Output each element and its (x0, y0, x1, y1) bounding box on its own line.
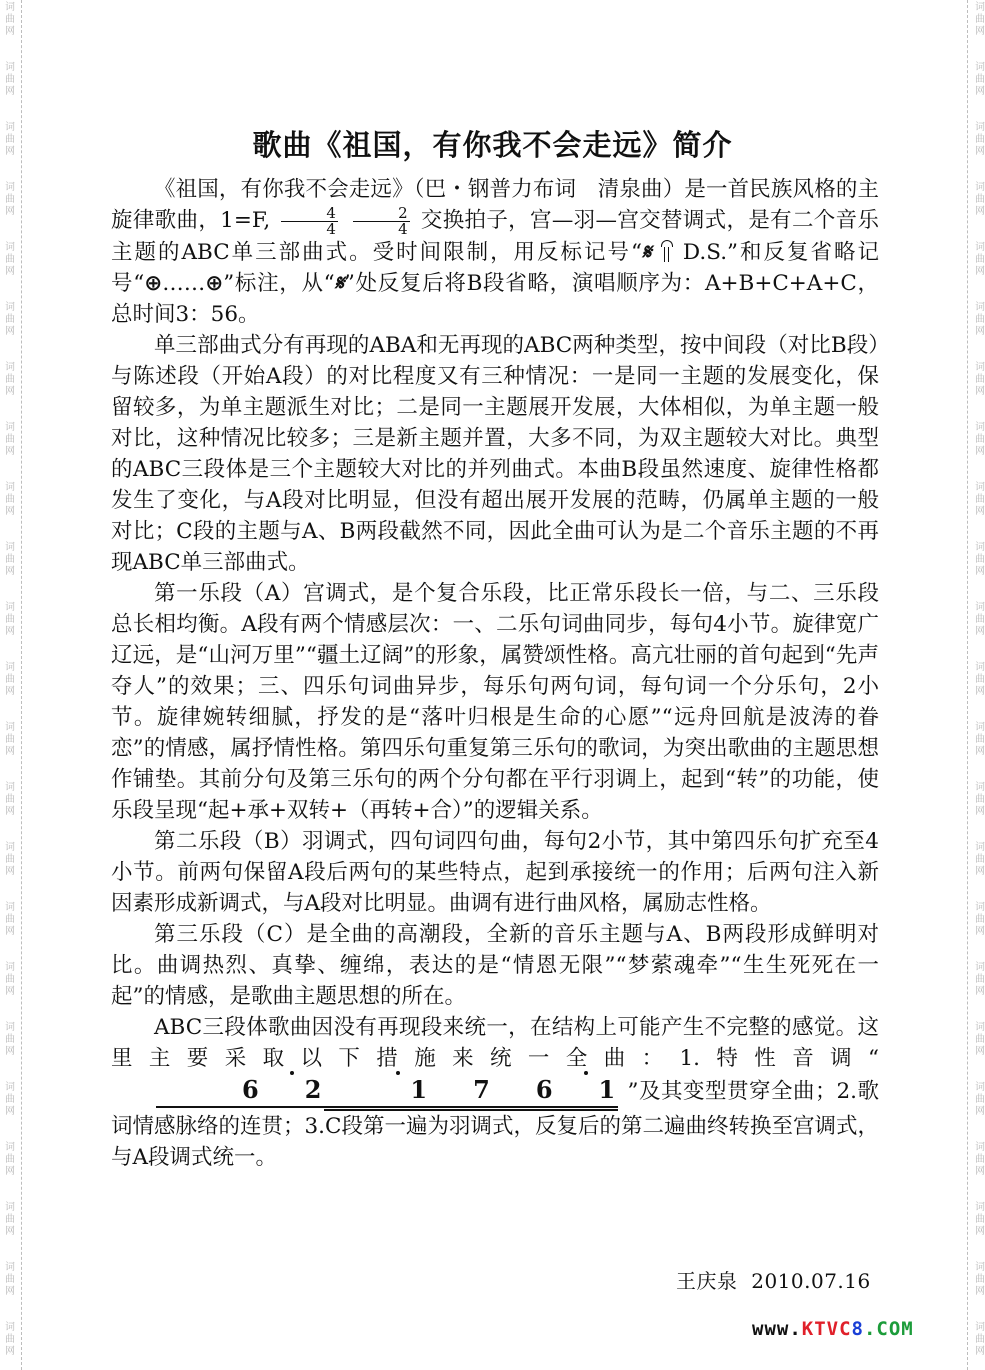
watermark-char: 网 (3, 326, 17, 338)
watermark-char: 网 (973, 206, 985, 218)
watermark-char: 网 (973, 686, 985, 698)
watermark-char: 曲 (3, 1094, 17, 1106)
watermark-char: 曲 (973, 854, 985, 866)
watermark-char: 曲 (3, 1214, 17, 1226)
watermark-char: 网 (973, 1346, 985, 1358)
watermark-char: 曲 (973, 374, 985, 386)
right-watermark-rail: 词曲网词曲网词曲网词曲网词曲网词曲网词曲网词曲网词曲网词曲网词曲网词曲网词曲网词… (961, 0, 985, 1370)
right-dashed-line (967, 0, 968, 1370)
signature-date: 2010.07.16 (751, 1269, 871, 1293)
watermark-char: 网 (3, 386, 17, 398)
watermark-char: 网 (973, 1046, 985, 1058)
watermark-char: 曲 (973, 974, 985, 986)
watermark-stack: 词曲网 (973, 362, 985, 398)
watermark-stack: 词曲网 (973, 722, 985, 758)
watermark-char: 网 (973, 446, 985, 458)
watermark-stack: 词曲网 (973, 782, 985, 818)
time-sig-denominator: 4 (281, 222, 338, 237)
watermark-char: 网 (3, 626, 17, 638)
watermark-stack: 词曲网 (973, 902, 985, 938)
paragraph-section-a: 第一乐段（A）宫调式，是个复合乐段，比正常乐段长一倍，与二、三乐段总长相均衡。A… (111, 578, 879, 826)
watermark-stack: 词曲网 (973, 302, 985, 338)
signature: 王庆泉 2010.07.16 (676, 1265, 871, 1294)
watermark-char: 词 (3, 1022, 17, 1034)
watermark-char: 词 (3, 542, 17, 554)
watermark-char: 词 (3, 962, 17, 974)
watermark-char: 网 (3, 206, 17, 218)
watermark-stack: 词曲网 (3, 902, 17, 938)
watermark-char: 网 (973, 986, 985, 998)
watermark-stack: 词曲网 (3, 242, 17, 278)
watermark-stack: 词曲网 (973, 1322, 985, 1358)
watermark-stack: 词曲网 (3, 1262, 17, 1298)
watermark-char: 网 (3, 266, 17, 278)
jianpu-note: 6 (493, 1074, 556, 1105)
watermark-stack: 词曲网 (973, 182, 985, 218)
logo-www: www. (752, 1318, 802, 1340)
watermark-char: 词 (973, 1142, 985, 1154)
watermark-char: 词 (973, 482, 985, 494)
watermark-char: 词 (973, 302, 985, 314)
coda-icon: ⊕ (144, 271, 162, 296)
paragraph-unification: ABC三段体歌曲因没有再现段来统一，在结构上可能产生不完整的感觉。这里主要采取以… (111, 1012, 879, 1173)
watermark-char: 词 (973, 362, 985, 374)
segno-icon: 𝄋 (335, 271, 344, 296)
watermark-char: 曲 (973, 1094, 985, 1106)
watermark-char: 曲 (973, 674, 985, 686)
watermark-stack: 词曲网 (3, 662, 17, 698)
watermark-char: 网 (973, 326, 985, 338)
jianpu-note: 7 (430, 1074, 493, 1105)
paragraph-section-c: 第三乐段（C）是全曲的高潮段，全新的音乐主题与A、B两段形成鲜明对比。曲调热烈、… (111, 919, 879, 1012)
watermark-char: 词 (3, 1202, 17, 1214)
watermark-char: 曲 (973, 74, 985, 86)
watermark-char: 词 (973, 2, 985, 14)
watermark-char: 网 (3, 1166, 17, 1178)
watermark-char: 曲 (973, 1034, 985, 1046)
watermark-char: 词 (973, 182, 985, 194)
watermark-char: 词 (973, 542, 985, 554)
watermark-char: 词 (3, 302, 17, 314)
watermark-stack: 词曲网 (973, 242, 985, 278)
watermark-stack: 词曲网 (973, 482, 985, 518)
watermark-stack: 词曲网 (973, 1262, 985, 1298)
paragraph-section-b: 第二乐段（B）羽调式，四句词四句曲，每句2小节，其中第四乐句扩充至4小节。前两句… (111, 826, 879, 919)
watermark-stack: 词曲网 (3, 482, 17, 518)
time-sig-denominator: 4 (353, 222, 410, 237)
watermark-char: 网 (973, 86, 985, 98)
author-name: 王庆泉 (676, 1269, 738, 1293)
watermark-char: 曲 (3, 494, 17, 506)
watermark-stack: 词曲网 (3, 722, 17, 758)
watermark-char: 词 (973, 1322, 985, 1334)
watermark-char: 词 (973, 722, 985, 734)
watermark-stack: 词曲网 (3, 962, 17, 998)
watermark-char: 曲 (973, 1214, 985, 1226)
watermark-char: 网 (973, 746, 985, 758)
watermark-char: 词 (973, 962, 985, 974)
watermark-char: 曲 (973, 794, 985, 806)
watermark-char: 曲 (973, 314, 985, 326)
logo-ktv: KTVC (802, 1318, 852, 1340)
watermark-stack: 词曲网 (973, 962, 985, 998)
watermark-stack: 词曲网 (973, 542, 985, 578)
jianpu-note: 2 (262, 1074, 325, 1105)
watermark-char: 网 (973, 866, 985, 878)
watermark-char: 词 (973, 422, 985, 434)
watermark-char: 网 (3, 26, 17, 38)
watermark-char: 曲 (3, 194, 17, 206)
intro-text-d: ”标注，从“ (223, 271, 334, 296)
watermark-char: 曲 (3, 374, 17, 386)
watermark-char: 曲 (973, 434, 985, 446)
watermark-char: 网 (3, 506, 17, 518)
watermark-char: 词 (3, 1142, 17, 1154)
watermark-stack: 词曲网 (3, 1202, 17, 1238)
watermark-char: 网 (3, 446, 17, 458)
watermark-stack: 词曲网 (973, 602, 985, 638)
watermark-char: 曲 (3, 554, 17, 566)
watermark-char: 词 (3, 422, 17, 434)
watermark-char: 网 (973, 1286, 985, 1298)
watermark-stack: 词曲网 (3, 1082, 17, 1118)
watermark-stack: 词曲网 (973, 2, 985, 38)
watermark-char: 词 (3, 62, 17, 74)
paragraph-intro: 《祖国，有你我不会走远》（巴・钢普力布词 清泉曲）是一首民族风格的主旋律歌曲，1… (111, 174, 879, 330)
jianpu-single-underline-group: 62 (156, 1074, 324, 1108)
paragraph-form-types: 单三部曲式分有再现的ABA和无再现的ABC两种类型，按中间段（对比B段）与陈述段… (111, 330, 879, 578)
watermark-char: 词 (3, 782, 17, 794)
watermark-char: 曲 (3, 74, 17, 86)
watermark-char: 曲 (3, 314, 17, 326)
watermark-stack: 词曲网 (3, 1322, 17, 1358)
time-signature-2-4: 2 4 (353, 206, 410, 237)
watermark-char: 网 (973, 1226, 985, 1238)
watermark-char: 曲 (3, 1154, 17, 1166)
watermark-char: 曲 (973, 254, 985, 266)
watermark-char: 曲 (973, 1334, 985, 1346)
watermark-char: 曲 (3, 674, 17, 686)
coda-icon: ⊕ (205, 271, 223, 296)
watermark-stack: 词曲网 (3, 1022, 17, 1058)
jianpu-note: 1 (556, 1074, 619, 1105)
watermark-char: 网 (973, 806, 985, 818)
site-logo: www.KTVC8.COM (752, 1318, 914, 1340)
watermark-stack: 词曲网 (3, 2, 17, 38)
watermark-stack: 词曲网 (973, 1082, 985, 1118)
watermark-char: 网 (3, 926, 17, 938)
watermark-char: 词 (973, 242, 985, 254)
watermark-char: 曲 (973, 734, 985, 746)
watermark-stack: 词曲网 (973, 62, 985, 98)
watermark-char: 曲 (3, 614, 17, 626)
watermark-char: 网 (3, 1106, 17, 1118)
watermark-char: 词 (973, 662, 985, 674)
watermark-stack: 词曲网 (3, 542, 17, 578)
watermark-char: 网 (973, 26, 985, 38)
left-watermark-rail: 词曲网词曲网词曲网词曲网词曲网词曲网词曲网词曲网词曲网词曲网词曲网词曲网词曲网词… (0, 0, 24, 1370)
watermark-char: 词 (973, 1262, 985, 1274)
watermark-char: 词 (3, 1322, 17, 1334)
watermark-char: 词 (973, 1022, 985, 1034)
watermark-char: 曲 (3, 434, 17, 446)
watermark-stack: 词曲网 (3, 602, 17, 638)
watermark-char: 词 (973, 602, 985, 614)
watermark-char: 词 (3, 242, 17, 254)
dal-segno-label: D.S. (683, 240, 727, 265)
document-title: 歌曲《祖国，有你我不会走远》简介 (0, 123, 985, 164)
ellipsis: …… (162, 271, 205, 296)
watermark-char: 网 (973, 926, 985, 938)
watermark-char: 网 (3, 806, 17, 818)
jianpu-note: 1 (367, 1074, 430, 1105)
watermark-char: 网 (3, 1046, 17, 1058)
watermark-char: 曲 (3, 254, 17, 266)
time-signature-4-4: 4 4 (281, 206, 338, 237)
watermark-char: 网 (3, 686, 17, 698)
logo-com: .COM (864, 1318, 914, 1340)
watermark-char: 词 (3, 722, 17, 734)
watermark-char: 网 (3, 866, 17, 878)
watermark-stack: 词曲网 (973, 1202, 985, 1238)
watermark-char: 曲 (973, 14, 985, 26)
watermark-char: 网 (973, 566, 985, 578)
watermark-stack: 词曲网 (3, 182, 17, 218)
watermark-char: 网 (3, 1286, 17, 1298)
watermark-char: 网 (973, 386, 985, 398)
watermark-stack: 词曲网 (3, 62, 17, 98)
watermark-stack: 词曲网 (3, 1142, 17, 1178)
watermark-char: 曲 (973, 914, 985, 926)
watermark-char: 曲 (973, 1274, 985, 1286)
watermark-char: 网 (3, 566, 17, 578)
watermark-char: 网 (3, 746, 17, 758)
watermark-char: 网 (3, 1346, 17, 1358)
watermark-char: 曲 (3, 734, 17, 746)
watermark-char: 词 (973, 842, 985, 854)
watermark-char: 词 (3, 842, 17, 854)
watermark-char: 词 (3, 1082, 17, 1094)
watermark-char: 词 (3, 482, 17, 494)
watermark-char: 词 (3, 2, 17, 14)
watermark-char: 曲 (973, 1154, 985, 1166)
watermark-stack: 词曲网 (973, 422, 985, 458)
watermark-char: 词 (3, 902, 17, 914)
unification-text-a: ABC三段体歌曲因没有再现段来统一，在结构上可能产生不完整的感觉。这里主要采取以… (111, 1015, 879, 1071)
watermark-char: 曲 (3, 914, 17, 926)
watermark-char: 曲 (973, 614, 985, 626)
jianpu-note: 6 (199, 1074, 262, 1105)
watermark-char: 词 (973, 1202, 985, 1214)
watermark-char: 曲 (3, 794, 17, 806)
watermark-char: 曲 (973, 494, 985, 506)
watermark-char: 词 (973, 62, 985, 74)
watermark-stack: 词曲网 (973, 662, 985, 698)
jianpu-motif: 621761 (111, 1074, 620, 1111)
watermark-stack: 词曲网 (3, 302, 17, 338)
watermark-char: 词 (3, 362, 17, 374)
watermark-char: 网 (973, 626, 985, 638)
watermark-char: 网 (973, 266, 985, 278)
watermark-stack: 词曲网 (973, 1142, 985, 1178)
watermark-stack: 词曲网 (973, 842, 985, 878)
watermark-char: 曲 (3, 1034, 17, 1046)
watermark-char: 曲 (973, 194, 985, 206)
fermata-barline-icon (660, 240, 674, 262)
watermark-char: 词 (3, 1262, 17, 1274)
watermark-char: 网 (973, 506, 985, 518)
watermark-char: 词 (3, 602, 17, 614)
watermark-stack: 词曲网 (3, 782, 17, 818)
watermark-stack: 词曲网 (3, 842, 17, 878)
watermark-char: 词 (973, 902, 985, 914)
watermark-char: 词 (3, 182, 17, 194)
segno-icon: 𝄋 (642, 240, 651, 265)
watermark-char: 曲 (3, 14, 17, 26)
logo-eight: 8 (852, 1318, 864, 1340)
watermark-char: 网 (973, 1166, 985, 1178)
watermark-char: 网 (3, 86, 17, 98)
watermark-stack: 词曲网 (3, 422, 17, 458)
watermark-char: 曲 (3, 854, 17, 866)
jianpu-double-underline-group: 1761 (324, 1074, 618, 1111)
watermark-char: 词 (973, 782, 985, 794)
watermark-char: 网 (3, 1226, 17, 1238)
document-body: 《祖国，有你我不会走远》（巴・钢普力布词 清泉曲）是一首民族风格的主旋律歌曲，1… (111, 174, 879, 1173)
watermark-char: 曲 (3, 1334, 17, 1346)
left-dashed-line (21, 0, 22, 1370)
watermark-char: 网 (973, 1106, 985, 1118)
watermark-char: 曲 (3, 1274, 17, 1286)
watermark-char: 词 (973, 1082, 985, 1094)
watermark-char: 网 (3, 986, 17, 998)
watermark-char: 词 (3, 662, 17, 674)
watermark-stack: 词曲网 (973, 1022, 985, 1058)
watermark-char: 曲 (3, 974, 17, 986)
watermark-stack: 词曲网 (3, 362, 17, 398)
watermark-char: 曲 (973, 554, 985, 566)
